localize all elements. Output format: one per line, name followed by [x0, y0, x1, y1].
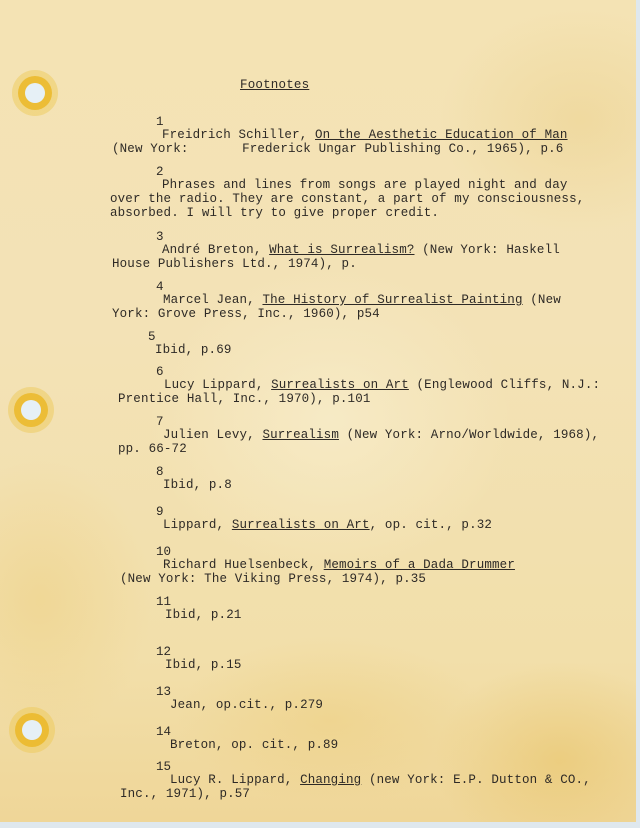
citation-text: Lippard, [163, 518, 232, 532]
citation-text: Ibid, p.15 [165, 658, 242, 672]
typed-page: Footnotes 1Freidrich Schiller, On the Ae… [0, 0, 636, 822]
citation-text: Richard Huelsenbeck, [163, 558, 324, 572]
citation-text: (New York: Haskell [415, 243, 560, 257]
footnote-line: Ibid, p.21 [165, 608, 242, 622]
footnote-number: 11 [156, 595, 171, 609]
book-title: Surrealists on Art [271, 378, 409, 392]
footnote-number: 9 [156, 505, 164, 519]
citation-text: (New York: Frederick Ungar Publishing Co… [112, 142, 563, 156]
citation-text: André Breton, [162, 243, 269, 257]
footnote-number: 6 [156, 365, 164, 379]
punch-hole [25, 83, 45, 103]
footnote-line: Prentice Hall, Inc., 1970), p.101 [118, 392, 371, 406]
footnote-number: 15 [156, 760, 171, 774]
footnote-line: Breton, op. cit., p.89 [170, 738, 338, 752]
citation-text: Freidrich Schiller, [162, 128, 315, 142]
citation-text: (Englewood Cliffs, N.J.: [409, 378, 600, 392]
citation-text: Ibid, p.8 [163, 478, 232, 492]
punch-hole [21, 400, 41, 420]
book-title: The History of Surrealist Painting [262, 293, 522, 307]
citation-text: Ibid, p.21 [165, 608, 242, 622]
citation-text: York: Grove Press, Inc., 1960), p54 [112, 307, 380, 321]
page-title: Footnotes [240, 78, 309, 92]
footnote-line: Lucy Lippard, Surrealists on Art (Englew… [164, 378, 600, 392]
footnote-line: André Breton, What is Surrealism? (New Y… [162, 243, 560, 257]
citation-text: (New York: The Viking Press, 1974), p.35 [120, 572, 426, 586]
footnote-line: over the radio. They are constant, a par… [110, 192, 584, 206]
footnote-line: Ibid, p.69 [155, 343, 232, 357]
footnote-number: 4 [156, 280, 164, 294]
footnote-line: Phrases and lines from songs are played … [162, 178, 568, 192]
footnote-number: 7 [156, 415, 164, 429]
footnote-line: Julien Levy, Surrealism (New York: Arno/… [163, 428, 599, 442]
footnote-line: Inc., 1971), p.57 [120, 787, 250, 801]
book-title: Changing [300, 773, 361, 787]
citation-text: Julien Levy, [163, 428, 262, 442]
punch-hole [22, 720, 42, 740]
citation-text: Prentice Hall, Inc., 1970), p.101 [118, 392, 371, 406]
footnote-line: Ibid, p.8 [163, 478, 232, 492]
citation-text: , op. cit., p.32 [370, 518, 492, 532]
footnote-number: 1 [156, 115, 164, 129]
footnote-line: Lucy R. Lippard, Changing (new York: E.P… [170, 773, 591, 787]
footnote-number: 14 [156, 725, 171, 739]
book-title: Memoirs of a Dada Drummer [324, 558, 515, 572]
book-title: What is Surrealism? [269, 243, 414, 257]
footnote-line: Freidrich Schiller, On the Aesthetic Edu… [162, 128, 568, 142]
citation-text: Lucy Lippard, [164, 378, 271, 392]
footnote-line: (New York: Frederick Ungar Publishing Co… [112, 142, 563, 156]
citation-text: Marcel Jean, [163, 293, 262, 307]
citation-text: (New [523, 293, 561, 307]
citation-text: over the radio. They are constant, a par… [110, 192, 584, 206]
footnote-number: 2 [156, 165, 164, 179]
citation-text: (New York: Arno/Worldwide, 1968), [339, 428, 599, 442]
citation-text: Breton, op. cit., p.89 [170, 738, 338, 752]
citation-text: pp. 66-72 [118, 442, 187, 456]
book-title: On the Aesthetic Education of Man [315, 128, 568, 142]
book-title: Surrealists on Art [232, 518, 370, 532]
citation-text: Ibid, p.69 [155, 343, 232, 357]
footnote-line: House Publishers Ltd., 1974), p. [112, 257, 357, 271]
footnote-number: 8 [156, 465, 164, 479]
citation-text: Jean, op.cit., p.279 [170, 698, 323, 712]
footnote-line: York: Grove Press, Inc., 1960), p54 [112, 307, 380, 321]
footnote-number: 13 [156, 685, 171, 699]
citation-text: Inc., 1971), p.57 [120, 787, 250, 801]
footnote-number: 12 [156, 645, 171, 659]
citation-text: Lucy R. Lippard, [170, 773, 300, 787]
citation-text: House Publishers Ltd., 1974), p. [112, 257, 357, 271]
footnote-number: 3 [156, 230, 164, 244]
footnote-number: 10 [156, 545, 171, 559]
footnote-number: 5 [148, 330, 156, 344]
citation-text: (new York: E.P. Dutton & CO., [361, 773, 591, 787]
footnote-line: Richard Huelsenbeck, Memoirs of a Dada D… [163, 558, 515, 572]
footnote-line: Jean, op.cit., p.279 [170, 698, 323, 712]
footnote-line: Lippard, Surrealists on Art, op. cit., p… [163, 518, 492, 532]
book-title: Surrealism [262, 428, 339, 442]
footnote-line: (New York: The Viking Press, 1974), p.35 [120, 572, 426, 586]
footnote-line: Ibid, p.15 [165, 658, 242, 672]
citation-text: absorbed. I will try to give proper cred… [110, 206, 439, 220]
footnote-line: Marcel Jean, The History of Surrealist P… [163, 293, 561, 307]
footnote-line: absorbed. I will try to give proper cred… [110, 206, 439, 220]
citation-text: Phrases and lines from songs are played … [162, 178, 568, 192]
footnote-line: pp. 66-72 [118, 442, 187, 456]
